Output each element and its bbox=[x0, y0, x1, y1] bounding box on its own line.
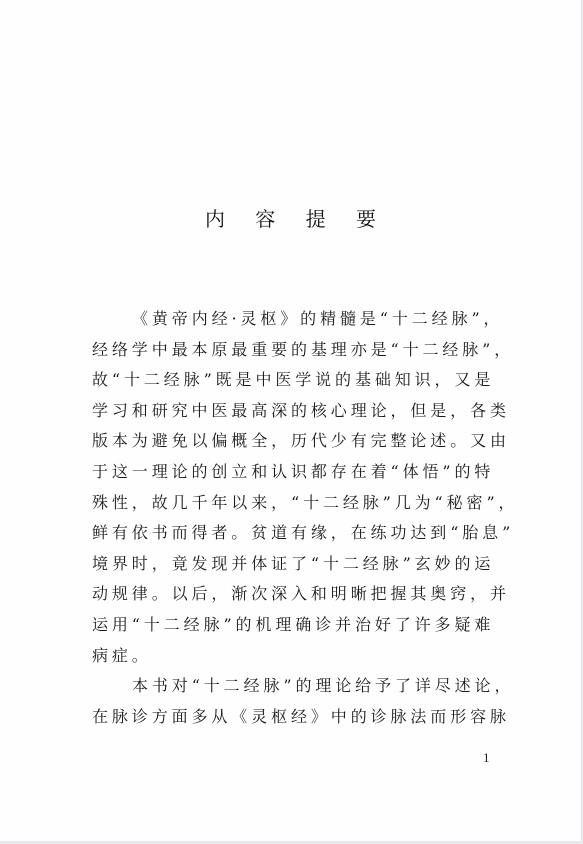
page-title: 内 容 提 要 bbox=[0, 203, 581, 232]
paragraph-line: 病症。 bbox=[92, 641, 494, 672]
paragraph-line: 殊性，故几千年以来，“十二经脉”几为“秘密”， bbox=[92, 488, 494, 519]
paragraph-line: 学习和研究中医最高深的核心理论，但是，各类 bbox=[92, 396, 494, 427]
paragraph-line: 运用“十二经脉”的机理确诊并治好了许多疑难 bbox=[92, 610, 494, 641]
paragraph-line: 经络学中最本原最重要的基理亦是“十二经脉”， bbox=[92, 335, 494, 366]
summary-body: 《黄帝内经·灵枢》的精髓是“十二经脉”， 经络学中最本原最重要的基理亦是“十二经… bbox=[92, 304, 494, 732]
paragraph-line: 于这一理论的创立和认识都存在着“体悟”的特 bbox=[92, 457, 494, 488]
page-number: 1 bbox=[483, 750, 490, 766]
paragraph-line: 在脉诊方面多从《灵枢经》中的诊脉法而形容脉 bbox=[92, 702, 494, 733]
paragraph-line: 故“十二经脉”既是中医学说的基础知识，又是 bbox=[92, 365, 494, 396]
paragraph-line: 《黄帝内经·灵枢》的精髓是“十二经脉”， bbox=[92, 304, 494, 335]
paragraph-line: 本书对“十二经脉”的理论给予了详尽述论， bbox=[92, 671, 494, 702]
paragraph-line: 鲜有依书而得者。贫道有缘，在练功达到“胎息” bbox=[92, 518, 494, 549]
paragraph-line: 动规律。以后，渐次深入和明晰把握其奥窍，并 bbox=[92, 579, 494, 610]
paragraph-line: 版本为避免以偏概全，历代少有完整论述。又由 bbox=[92, 426, 494, 457]
paragraph-line: 境界时，竟发现并体证了“十二经脉”玄妙的运 bbox=[92, 549, 494, 580]
document-page: 内 容 提 要 《黄帝内经·灵枢》的精髓是“十二经脉”， 经络学中最本原最重要的… bbox=[0, 0, 582, 841]
